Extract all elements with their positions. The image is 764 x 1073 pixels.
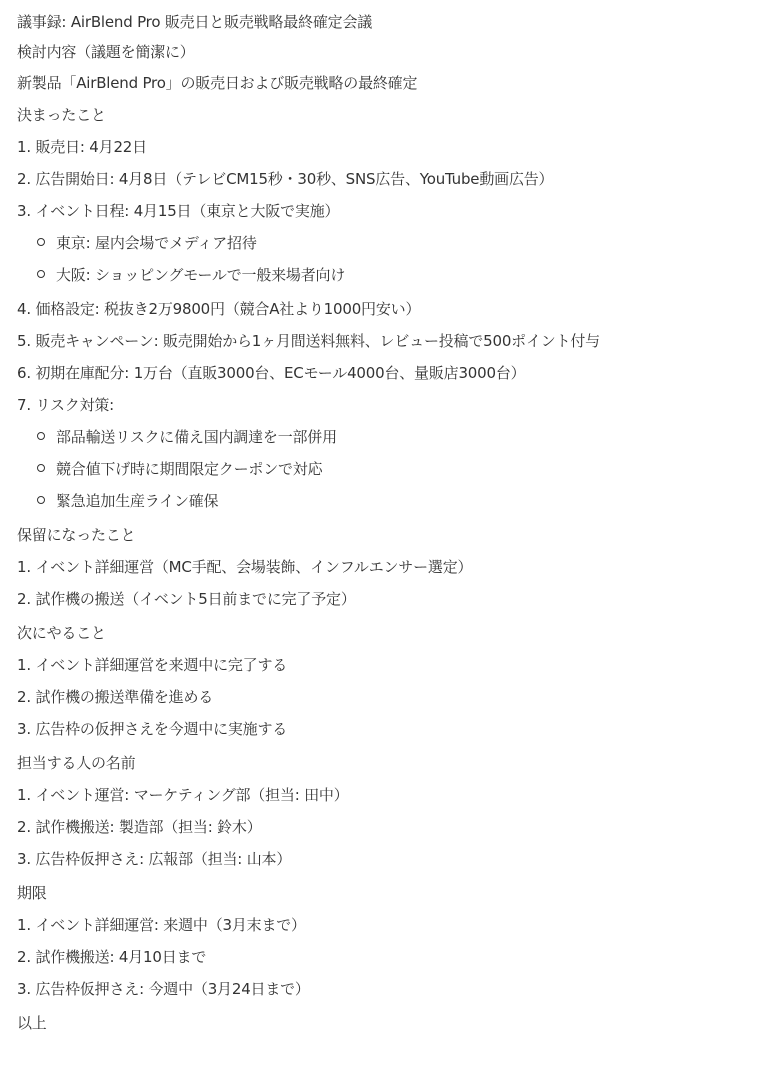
minutes-document: 議事録: AirBlend Pro 販売日と販売戦略最終確定会議 検討内容（議題… [0,0,764,1039]
agenda-heading: 検討内容（議題を簡潔に） [17,38,764,67]
risk-sub-item: 緊急追加生産ライン確保 [17,485,764,517]
owner-item: 2. 試作機搬送: 製造部（担当: 鈴木） [17,811,764,843]
pending-item: 1. イベント詳細運営（MC手配、会場装飾、インフルエンサー選定） [17,551,764,583]
event-sub-item: 大阪: ショッピングモールで一般来場者向け [17,259,764,291]
owners-heading: 担当する人の名前 [17,747,764,779]
next-heading: 次にやること [17,617,764,649]
next-item: 3. 広告枠の仮押さえを今週中に実施する [17,713,764,745]
closing-text: 以上 [17,1007,764,1039]
risk-sub-item: 競合値下げ時に期間限定クーポンで対応 [17,453,764,485]
hollow-bullet-icon [37,464,45,472]
decided-item: 7. リスク対策: [17,389,764,421]
decided-item: 3. イベント日程: 4月15日（東京と大阪で実施） [17,195,764,227]
deadlines-heading: 期限 [17,877,764,909]
next-item: 1. イベント詳細運営を来週中に完了する [17,649,764,681]
hollow-bullet-icon [37,270,45,278]
agenda-text: 新製品「AirBlend Pro」の販売日および販売戦略の最終確定 [17,67,764,99]
deadline-item: 2. 試作機搬送: 4月10日まで [17,941,764,973]
next-item: 2. 試作機の搬送準備を進める [17,681,764,713]
owner-item: 1. イベント運営: マーケティング部（担当: 田中） [17,779,764,811]
document-title: 議事録: AirBlend Pro 販売日と販売戦略最終確定会議 [17,6,764,38]
owner-item: 3. 広告枠仮押さえ: 広報部（担当: 山本） [17,843,764,875]
decided-item: 1. 販売日: 4月22日 [17,131,764,163]
hollow-bullet-icon [37,432,45,440]
hollow-bullet-icon [37,238,45,246]
decided-item: 5. 販売キャンペーン: 販売開始から1ヶ月間送料無料、レビュー投稿で500ポイ… [17,325,764,357]
pending-heading: 保留になったこと [17,519,764,551]
deadline-item: 1. イベント詳細運営: 来週中（3月末まで） [17,909,764,941]
decided-item: 2. 広告開始日: 4月8日（テレビCM15秒・30秒、SNS広告、YouTub… [17,163,764,195]
decided-item: 4. 価格設定: 税抜き2万9800円（競合A社より1000円安い） [17,293,764,325]
decided-item: 6. 初期在庫配分: 1万台（直販3000台、ECモール4000台、量販店300… [17,357,764,389]
hollow-bullet-icon [37,496,45,504]
risk-sub-item: 部品輸送リスクに備え国内調達を一部併用 [17,421,764,453]
pending-item: 2. 試作機の搬送（イベント5日前までに完了予定） [17,583,764,615]
deadline-item: 3. 広告枠仮押さえ: 今週中（3月24日まで） [17,973,764,1005]
event-sub-item: 東京: 屋内会場でメディア招待 [17,227,764,259]
decided-heading: 決まったこと [17,99,764,131]
